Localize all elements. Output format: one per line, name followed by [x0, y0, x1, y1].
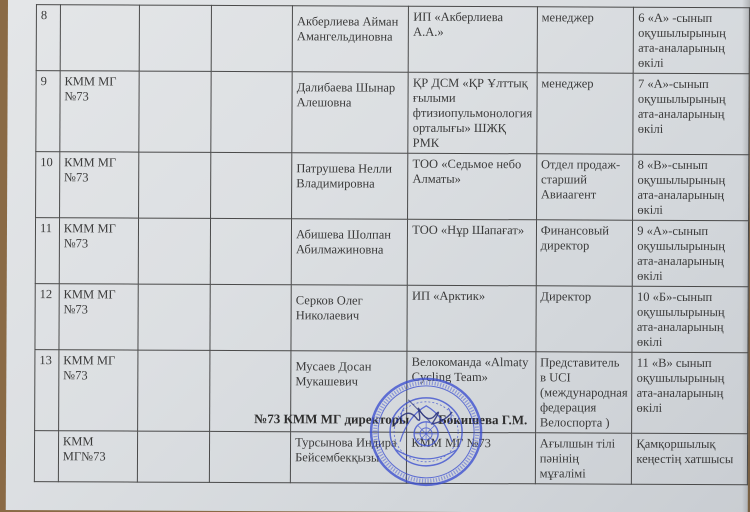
- empty-cell: [137, 431, 210, 482]
- empty-cell: [211, 71, 292, 152]
- position-cell: Финансовый директор: [536, 220, 633, 286]
- empty-cell: [210, 431, 291, 482]
- empty-cell: [211, 152, 292, 218]
- council-role-cell: 7 «А»-сынып оқушылырының ата-аналарының …: [633, 73, 749, 155]
- empty-cell: [137, 350, 210, 431]
- organization-cell: КММ МГ №73: [59, 218, 138, 284]
- empty-cell: [138, 218, 211, 284]
- workplace-cell: ИП «Акберлиева А.А.»: [408, 6, 537, 73]
- document-page: 8Акберлиева Айман АмангельдиновнаИП «Акб…: [6, 0, 750, 512]
- row-number-cell: 11: [35, 218, 59, 284]
- row-number-cell: 12: [35, 284, 59, 350]
- workplace-cell: ИП «Арктик»: [407, 285, 536, 352]
- empty-cell: [211, 5, 292, 71]
- member-name-cell: Акберлиева Айман Амангельдиновна: [292, 6, 408, 73]
- organization-cell: КММ МГ №73: [58, 350, 137, 431]
- empty-cell: [210, 284, 291, 350]
- workplace-cell: ҚР ДСМ «ҚР Ұлттық ғылыми фтизиопульмонол…: [408, 72, 537, 154]
- row-number-cell: 9: [36, 71, 60, 152]
- position-cell: Представитель в UCI (международная федер…: [535, 352, 632, 433]
- organization-cell: КММ МГ №73: [60, 71, 139, 152]
- table-row: 10КММ МГ №73Патрушева Нелли Владимировна…: [36, 152, 749, 221]
- workplace-cell: ТОО «Нұр Шапағат»: [408, 219, 537, 286]
- council-role-cell: 6 «А» -сынып оқушылырының ата-аналарының…: [634, 7, 750, 74]
- member-name-cell: Далибаева Шынар Алешовна: [292, 72, 409, 154]
- row-number-cell: 13: [35, 350, 59, 431]
- council-role-cell: 9 «А»-сынып оқушылырының ата-аналарының …: [633, 220, 749, 287]
- table-row: 8Акберлиева Айман АмангельдиновнаИП «Акб…: [36, 5, 749, 74]
- table-row: 11КММ МГ №73Абишева Шолпан Абилмажиновна…: [35, 218, 748, 287]
- member-name-cell: Серков Олег Николаевич: [291, 285, 407, 352]
- row-number-cell: [34, 431, 58, 482]
- organization-cell: КММ МГ №73: [59, 284, 138, 350]
- page-edge-shadow: [742, 0, 750, 512]
- table-row: 12КММ МГ №73Серков Олег НиколаевичИП «Ар…: [35, 284, 748, 353]
- row-number-cell: 8: [36, 5, 60, 71]
- council-role-cell: 10 «Б»-сынып оқушылырының ата-аналарының…: [632, 286, 748, 353]
- position-cell: менеджер: [537, 73, 634, 154]
- council-role-cell: 11 «В» сынып оқушылырының ата-аналарының…: [632, 352, 748, 434]
- table-row: 9КММ МГ №73Далибаева Шынар АлешовнаҚР ДС…: [36, 71, 749, 155]
- member-name-cell: Абишева Шолпан Абилмажиновна: [291, 219, 407, 286]
- empty-cell: [211, 218, 292, 284]
- position-cell: Ағылшын тілі пәнінің мұғалімі: [535, 433, 632, 484]
- position-cell: Отдел продаж-старший Авиаагент: [536, 154, 633, 220]
- position-cell: менеджер: [537, 7, 634, 73]
- empty-cell: [139, 5, 212, 71]
- row-number-cell: 10: [36, 152, 60, 218]
- council-role-cell: 8 «В»-сынып оқушылырының ата-аналарының …: [633, 154, 749, 221]
- empty-cell: [138, 284, 211, 350]
- organization-cell: [60, 5, 139, 71]
- council-role-cell: Қамқоршылық кеңестің хатшысы: [632, 433, 748, 485]
- organization-cell: КММ МГ №73: [59, 152, 138, 218]
- position-cell: Директор: [536, 286, 633, 352]
- member-name-cell: Патрушева Нелли Владимировна: [292, 153, 408, 220]
- empty-cell: [138, 152, 211, 218]
- organization-cell: КММ МГ№73: [58, 431, 137, 482]
- workplace-cell: ТОО «Седьмое небо Алматы»: [408, 153, 537, 220]
- signature-scribble-icon: [388, 396, 458, 436]
- empty-cell: [139, 71, 212, 152]
